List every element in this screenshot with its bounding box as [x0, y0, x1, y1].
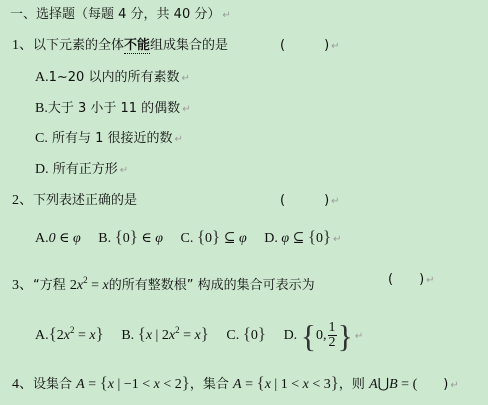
option-label: B.	[35, 101, 48, 116]
section-title: 一、选择题（每题 4 分，共 40 分）↵	[10, 6, 231, 25]
stem-text: 下列表述正确的是	[33, 193, 137, 208]
paragraph-mark-icon: ↵	[181, 73, 189, 84]
left-brace: {	[197, 227, 205, 246]
option-text: 所有正方形	[49, 162, 118, 177]
question-2-option-c[interactable]: C. {0} ⊆ φ	[181, 231, 251, 246]
option-expr: =	[75, 328, 90, 343]
question-3-stem: 3、“方程 2x2 = x的所有整数根” 构成的集合可表示为	[12, 271, 315, 295]
option-expr: 0	[316, 231, 323, 246]
question-4-stem: 4、设集合 A = {x | −1 < x < 2}，集合 A = {x | 1…	[12, 374, 459, 395]
question-number: 3、	[12, 278, 33, 293]
option-label: D.	[264, 231, 278, 246]
right-brace: }	[96, 324, 104, 343]
set-cond: < 2	[160, 377, 182, 392]
set-name: A	[233, 377, 242, 392]
option-label: D.	[35, 162, 49, 177]
question-2-options: A.0 ∈ φ B. {0} ∈ φ C. {0} ⊆ φ D. φ ⊆ {0}…	[35, 228, 342, 249]
option-expr: ⊆ φ	[220, 231, 246, 246]
paragraph-mark-icon: ↵	[331, 196, 339, 207]
set-a-definition: A = {x | −1 < x < 2}	[76, 377, 190, 392]
fraction: 12	[328, 321, 337, 350]
question-1-stem: 1、以下元素的全体不能组成集合的是	[12, 37, 228, 55]
paragraph-mark-icon: ↵	[450, 380, 458, 391]
left-brace: {	[49, 324, 57, 343]
set-name: A	[369, 377, 378, 392]
question-number: 4、	[12, 377, 33, 392]
stem-text: 组成集合的是	[150, 38, 228, 53]
option-expr: 0,	[316, 328, 327, 343]
option-label: D.	[284, 328, 298, 343]
stem-text: ，集合	[190, 377, 233, 392]
question-1-answer-blank[interactable]: ( )↵	[280, 37, 340, 56]
option-expr: 2	[162, 328, 169, 343]
paragraph-mark-icon: ↵	[355, 331, 363, 342]
option-label: B.	[98, 231, 111, 246]
question-3-option-d[interactable]: D. {0,12}↵	[284, 328, 364, 343]
question-1-option-d[interactable]: D. 所有正方形↵	[35, 161, 128, 180]
answer-paren[interactable]: ( )	[280, 193, 329, 208]
answer-paren[interactable]: ( )	[280, 38, 329, 53]
right-brace: }	[258, 324, 266, 343]
set-cond: < 3	[309, 377, 331, 392]
set-cond: −1 <	[124, 377, 154, 392]
stem-text: “方程	[33, 278, 70, 293]
question-number: 1、	[12, 38, 33, 53]
question-2-stem: 2、下列表述正确的是	[12, 192, 137, 210]
set-cond: 1 <	[281, 377, 303, 392]
right-brace: }	[323, 227, 331, 246]
left-brace: {	[301, 318, 316, 354]
left-brace: {	[115, 227, 123, 246]
question-2-answer-blank[interactable]: ( )↵	[280, 192, 340, 211]
option-expr: ∈ φ	[138, 231, 163, 246]
question-number: 2、	[12, 193, 33, 208]
question-2-option-a[interactable]: A.0 ∈ φ	[35, 231, 84, 246]
option-text: 所有与 1 很接近的数	[48, 131, 173, 146]
left-brace: {	[138, 324, 146, 343]
option-expr: 2	[57, 328, 64, 343]
set-bar: |	[271, 377, 281, 392]
option-label: A.	[35, 231, 49, 246]
paragraph-mark-icon: ↵	[222, 10, 230, 21]
option-text: 1~20 以内的所有素数	[49, 70, 180, 85]
left-brace: {	[257, 373, 265, 392]
eq-coef: 2	[70, 278, 77, 293]
paragraph-mark-icon: ↵	[120, 165, 128, 176]
answer-paren[interactable]: )	[417, 377, 448, 392]
paragraph-mark-icon: ↵	[426, 275, 434, 286]
option-expr: 0 ∈ φ	[49, 231, 81, 246]
set-b-definition: A = {x | 1 < x < 3}	[233, 377, 339, 392]
option-label: A.	[35, 328, 49, 343]
right-brace: }	[338, 318, 353, 354]
paragraph-mark-icon: ↵	[331, 41, 339, 52]
question-1-option-c[interactable]: C. 所有与 1 很接近的数↵	[35, 130, 183, 149]
union-expression: A⋃B = (	[369, 377, 417, 392]
left-brace: {	[100, 373, 108, 392]
question-3-answer-blank[interactable]: ( )↵	[388, 271, 435, 290]
stem-text: 以下元素的全体	[33, 38, 124, 53]
set-bar: |	[114, 377, 124, 392]
right-brace: }	[182, 373, 190, 392]
option-text: 大于 3 小于 11 的偶数	[48, 101, 180, 116]
set-name: A	[76, 377, 85, 392]
section-title-text: 一、选择题（每题 4 分，共 40 分）	[10, 7, 220, 22]
option-label: C.	[181, 231, 194, 246]
stem-text: 的所有整数根” 构成的集合可表示为	[109, 278, 315, 293]
right-brace: }	[331, 373, 339, 392]
option-expr: |	[152, 328, 162, 343]
union-operator: ⋃	[378, 377, 389, 392]
option-label: C.	[226, 328, 239, 343]
question-3-option-c[interactable]: C. {0}	[226, 328, 269, 343]
right-brace: }	[130, 227, 138, 246]
question-1-option-b[interactable]: B.大于 3 小于 11 的偶数↵	[35, 100, 191, 119]
answer-paren[interactable]: ( )	[388, 272, 424, 287]
set-equals: =	[242, 377, 257, 392]
option-label: C.	[35, 131, 48, 146]
option-expr: 0	[205, 231, 212, 246]
paragraph-mark-icon: ↵	[182, 104, 190, 115]
option-expr: =	[180, 328, 195, 343]
stem-text: ，则	[339, 377, 369, 392]
question-3-options: A.{2x2 = x} B. {x | 2x2 = x} C. {0} D. {…	[35, 312, 363, 355]
paragraph-mark-icon: ↵	[175, 134, 183, 145]
option-expr: 0	[251, 328, 258, 343]
right-brace: }	[201, 324, 209, 343]
set-equals: =	[85, 377, 100, 392]
option-label: B.	[121, 328, 134, 343]
right-brace: }	[212, 227, 220, 246]
question-3-option-b[interactable]: B. {x | 2x2 = x}	[121, 328, 212, 343]
stem-text: 设集合	[33, 377, 76, 392]
equation: 2x2 = x	[70, 278, 109, 293]
paragraph-mark-icon: ↵	[333, 234, 341, 245]
option-expr: φ ⊆	[281, 231, 307, 246]
left-brace: {	[243, 324, 251, 343]
question-2-option-b[interactable]: B. {0} ∈ φ	[98, 231, 166, 246]
option-expr: 0	[123, 231, 130, 246]
question-2-option-d[interactable]: D. φ ⊆ {0}↵	[264, 231, 341, 246]
fraction-numerator: 1	[328, 321, 337, 336]
set-name: B	[389, 377, 398, 392]
option-label: A.	[35, 70, 49, 85]
question-3-option-a[interactable]: A.{2x2 = x}	[35, 328, 107, 343]
eq-equals: =	[88, 278, 103, 293]
emphasis-text: 不能	[124, 38, 150, 54]
union-equals: = (	[398, 377, 418, 392]
fraction-denominator: 2	[328, 336, 337, 350]
question-1-option-a[interactable]: A.1~20 以内的所有素数↵	[35, 69, 190, 88]
left-brace: {	[308, 227, 316, 246]
